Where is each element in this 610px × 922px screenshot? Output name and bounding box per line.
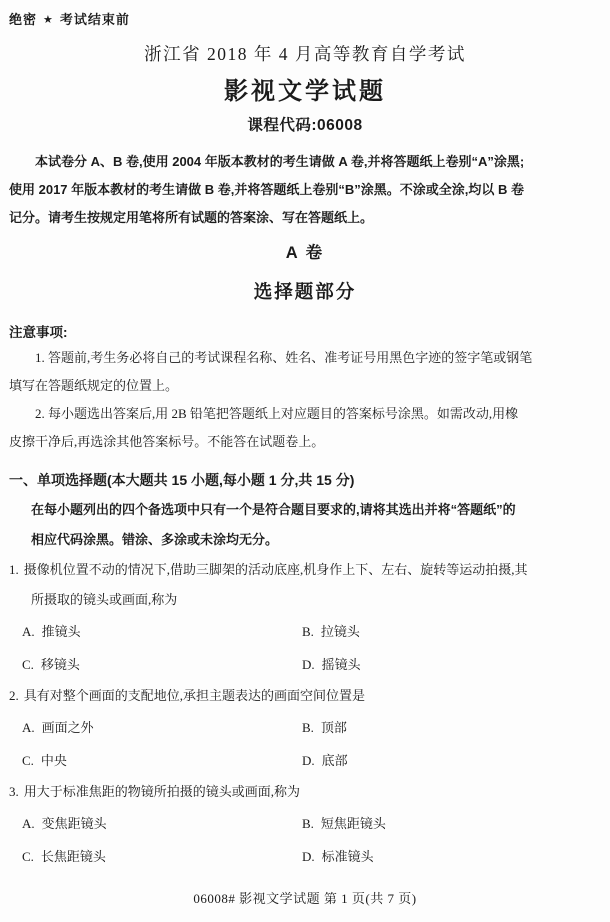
question-3-option-a: A.变焦距镜头	[22, 807, 302, 840]
question-2-option-c: C.中央	[22, 744, 302, 777]
question-2-option-b: B.顶部	[302, 711, 347, 744]
option-label: B.	[302, 624, 314, 639]
option-text: 长焦距镜头	[41, 849, 106, 864]
option-label: D.	[302, 753, 315, 768]
question-2-options-row-1: A.画面之外 B.顶部	[0, 711, 610, 744]
question-3-option-d: D.标准镜头	[302, 840, 374, 873]
question-number: 2.	[9, 688, 19, 703]
note-2-line: 2. 每小题选出答案后,用 2B 铅笔把答题纸上对应题目的答案标号涂黑。如需改动…	[9, 400, 601, 428]
question-1-option-c: C.移镜头	[22, 648, 302, 681]
option-text: 变焦距镜头	[42, 816, 107, 831]
question-3-options-row-1: A.变焦距镜头 B.短焦距镜头	[0, 807, 610, 840]
question-2-option-a: A.画面之外	[22, 711, 302, 744]
multiple-choice-section-heading: 选择题部分	[0, 278, 610, 304]
option-text: 中央	[41, 753, 67, 768]
intro-line: 本试卷分 A、B 卷,使用 2004 年版本教材的考生请做 A 卷,并将答题纸上…	[9, 148, 601, 176]
question-3-options-row-2: C.长焦距镜头 D.标准镜头	[0, 840, 610, 873]
option-label: A.	[22, 816, 35, 831]
question-3-stem: 3.用大于标准焦距的物镜所拍摄的镜头或画面,称为	[9, 777, 601, 807]
option-label: D.	[302, 849, 315, 864]
exam-session-title: 浙江省 2018 年 4 月高等教育自学考试	[0, 41, 610, 66]
question-1-option-b: B.拉镜头	[302, 615, 360, 648]
part1-heading: 一、单项选择题(本大题共 15 小题,每小题 1 分,共 15 分)	[9, 470, 601, 490]
question-3-option-b: B.短焦距镜头	[302, 807, 386, 840]
security-line: 绝密★考试结束前	[0, 0, 610, 28]
question-2: 2.具有对整个画面的支配地位,承担主题表达的画面空间位置是	[9, 681, 601, 711]
instruction-line: 相应代码涂黑。错涂、多涂或未涂均无分。	[31, 525, 601, 555]
intro-notice: 本试卷分 A、B 卷,使用 2004 年版本教材的考生请做 A 卷,并将答题纸上…	[9, 148, 601, 232]
question-1-options-row-2: C.移镜头 D.摇镜头	[0, 648, 610, 681]
option-text: 推镜头	[42, 624, 81, 639]
option-label: D.	[302, 657, 315, 672]
option-label: C.	[22, 753, 34, 768]
question-1-option-a: A.推镜头	[22, 615, 302, 648]
exam-paper-page: { "doc": { "colors": { "paper": "#fdfdfd…	[0, 0, 610, 922]
option-label: A.	[22, 624, 35, 639]
instruction-line: 在每小题列出的四个备选项中只有一个是符合题目要求的,请将其选出并将“答题纸”的	[31, 495, 601, 525]
option-text: 摇镜头	[322, 657, 361, 672]
question-2-stem: 2.具有对整个画面的支配地位,承担主题表达的画面空间位置是	[9, 681, 601, 711]
option-text: 短焦距镜头	[321, 816, 386, 831]
option-text: 顶部	[321, 720, 347, 735]
question-2-options-row-2: C.中央 D.底部	[0, 744, 610, 777]
paper-title: 影视文学试题	[0, 71, 610, 106]
option-text: 拉镜头	[321, 624, 360, 639]
option-label: A.	[22, 720, 35, 735]
option-text: 标准镜头	[322, 849, 374, 864]
option-text: 移镜头	[41, 657, 80, 672]
option-label: B.	[302, 720, 314, 735]
pre-exam-note: 考试结束前	[60, 12, 130, 27]
question-3-option-c: C.长焦距镜头	[22, 840, 302, 873]
course-code: 课程代码:06008	[0, 113, 610, 135]
question-number: 1.	[9, 562, 19, 577]
intro-line: 记分。请考生按规定用笔将所有试题的答案涂、写在答题纸上。	[9, 204, 601, 232]
question-stem-text: 摄像机位置不动的情况下,借助三脚架的活动底座,机身作上下、左右、旋转等运动拍摄,…	[24, 562, 528, 577]
note-2-line: 皮擦干净后,再选涂其他答案标号。不能答在试题卷上。	[9, 428, 601, 456]
notes-title: 注意事项:	[9, 321, 601, 341]
star-icon: ★	[43, 14, 54, 26]
classification-label: 绝密	[9, 12, 37, 27]
question-1-option-d: D.摇镜头	[302, 648, 361, 681]
question-1-stem: 1.摄像机位置不动的情况下,借助三脚架的活动底座,机身作上下、左右、旋转等运动拍…	[9, 555, 601, 585]
intro-line: 使用 2017 年版本教材的考生请做 B 卷,并将答题纸上卷别“B”涂黑。不涂或…	[9, 176, 601, 204]
option-label: B.	[302, 816, 314, 831]
volume-a-heading: A 卷	[0, 239, 610, 263]
option-text: 画面之外	[42, 720, 94, 735]
question-2-option-d: D.底部	[302, 744, 348, 777]
question-stem-text: 用大于标准焦距的物镜所拍摄的镜头或画面,称为	[24, 784, 300, 799]
option-label: C.	[22, 657, 34, 672]
question-1-stem-continued: 所摄取的镜头或画面,称为	[9, 585, 601, 615]
option-label: C.	[22, 849, 34, 864]
page-footer: 06008# 影视文学试题 第 1 页(共 7 页)	[0, 888, 610, 907]
notes-list: 1. 答题前,考生务必将自己的考试课程名称、姓名、准考证号用黑色字迹的签字笔或钢…	[9, 344, 601, 456]
question-3: 3.用大于标准焦距的物镜所拍摄的镜头或画面,称为	[9, 777, 601, 807]
question-stem-text: 具有对整个画面的支配地位,承担主题表达的画面空间位置是	[24, 688, 365, 703]
part1-instruction: 在每小题列出的四个备选项中只有一个是符合题目要求的,请将其选出并将“答题纸”的 …	[9, 495, 601, 555]
question-1-options-row-1: A.推镜头 B.拉镜头	[0, 615, 610, 648]
note-1-line: 填写在答题纸规定的位置上。	[9, 372, 601, 400]
question-number: 3.	[9, 784, 19, 799]
question-1: 1.摄像机位置不动的情况下,借助三脚架的活动底座,机身作上下、左右、旋转等运动拍…	[9, 555, 601, 615]
note-1-line: 1. 答题前,考生务必将自己的考试课程名称、姓名、准考证号用黑色字迹的签字笔或钢…	[9, 344, 601, 372]
option-text: 底部	[322, 753, 348, 768]
